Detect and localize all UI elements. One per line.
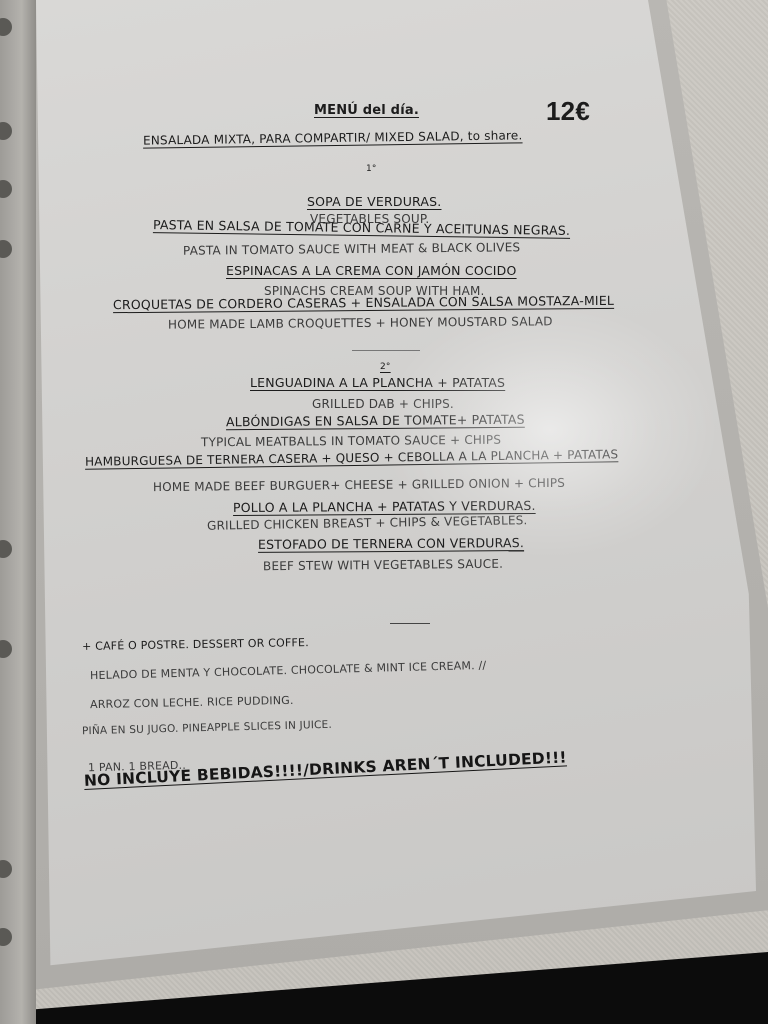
second-course-item-en: GRILLED DAB + CHIPS. bbox=[312, 397, 454, 411]
dessert-item: ARROZ CON LECHE. RICE PUDDING. bbox=[90, 694, 294, 711]
first-course-item-en: HOME MADE LAMB CROQUETTES + HONEY MOUSTA… bbox=[168, 314, 553, 331]
second-course-label: 2° bbox=[380, 362, 391, 372]
second-course-item-en: BEEF STEW WITH VEGETABLES SAUCE. bbox=[263, 557, 503, 574]
second-course-item-en: TYPICAL MEATBALLS IN TOMATO SAUCE + CHIP… bbox=[201, 433, 501, 450]
second-course-item-en: GRILLED CHICKEN BREAST + CHIPS & VEGETAB… bbox=[207, 513, 528, 533]
second-course-item-es: ESTOFADO DE TERNERA CON VERDURAS. bbox=[258, 535, 524, 552]
course-divider bbox=[352, 350, 420, 351]
first-course-item-es: SOPA DE VERDURAS. bbox=[307, 194, 441, 209]
first-course-item-en: PASTA IN TOMATO SAUCE WITH MEAT & BLACK … bbox=[183, 240, 520, 258]
first-course-item-es: CROQUETAS DE CORDERO CASERAS + ENSALADA … bbox=[113, 293, 614, 312]
menu-price: 12€ bbox=[546, 96, 590, 127]
dessert-item: PIÑA EN SU JUGO. PINEAPPLE SLICES IN JUI… bbox=[82, 719, 332, 738]
section-divider bbox=[390, 623, 430, 624]
first-course-item-es: PASTA EN SALSA DE TOMATE CON CARNE Y ACE… bbox=[153, 217, 570, 238]
second-course-item-es: LENGUADINA A LA PLANCHA + PATATAS bbox=[250, 375, 505, 390]
second-course-item-en: HOME MADE BEEF BURGUER+ CHEESE + GRILLED… bbox=[153, 476, 565, 494]
dessert-item: HELADO DE MENTA Y CHOCOLATE. CHOCOLATE &… bbox=[90, 659, 487, 682]
starter-item: ENSALADA MIXTA, PARA COMPARTIR/ MIXED SA… bbox=[143, 128, 523, 147]
second-course-item-es: POLLO A LA PLANCHA + PATATAS Y VERDURAS. bbox=[233, 498, 536, 515]
first-course-label: 1° bbox=[366, 164, 377, 174]
second-course-item-es: HAMBURGUESA DE TERNERA CASERA + QUESO + … bbox=[85, 447, 618, 468]
dessert-header: + CAFÉ O POSTRE. DESSERT OR COFFE. bbox=[82, 636, 309, 653]
second-course-item-es: ALBÓNDIGAS EN SALSA DE TOMATE+ PATATAS bbox=[226, 412, 525, 430]
menu-title: MENÚ del día. bbox=[314, 103, 419, 118]
menu-document: MENÚ del día. 12€ ENSALADA MIXTA, PARA C… bbox=[0, 0, 768, 1024]
first-course-item-es: ESPINACAS A LA CREMA CON JAMÓN COCIDO bbox=[226, 263, 517, 278]
drinks-notice: NO INCLUYE BEBIDAS!!!!/DRINKS AREN´T INC… bbox=[84, 748, 568, 790]
